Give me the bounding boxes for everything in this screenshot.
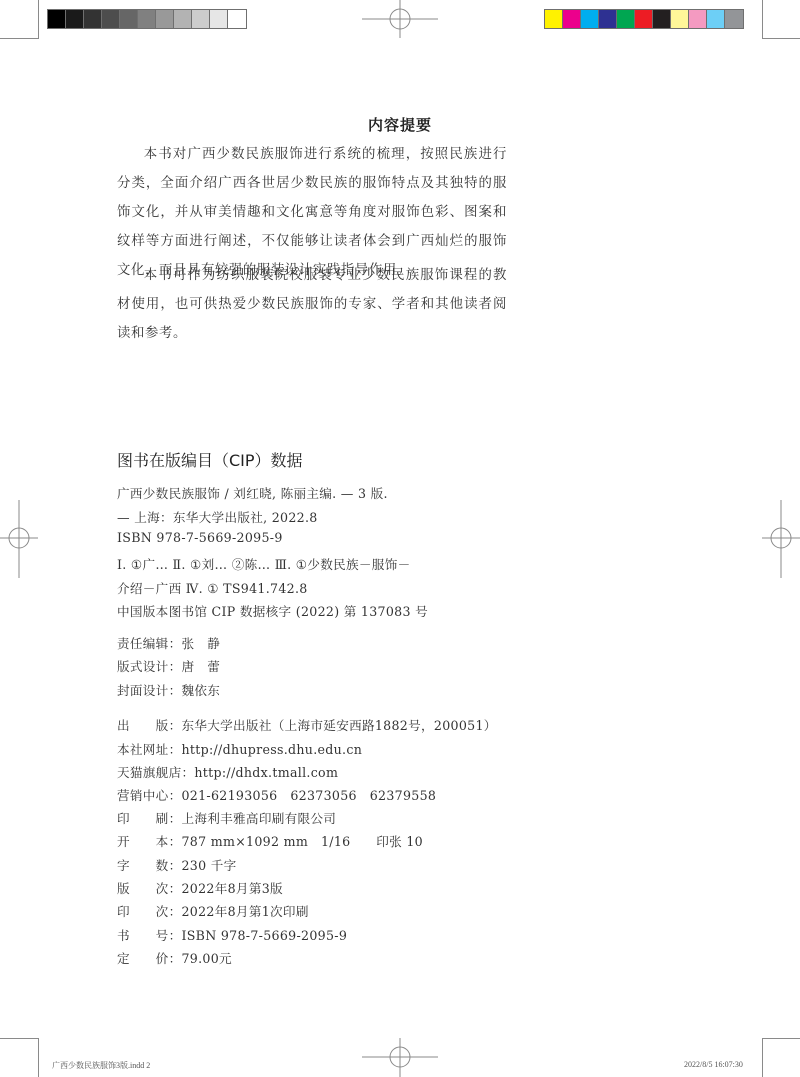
grayscale-swatch [66, 10, 84, 28]
grayscale-swatch [192, 10, 210, 28]
crop-mark-bottom-right [762, 1038, 800, 1077]
publication-row: 本社网址：http://dhupress.dhu.edu.cn [117, 739, 362, 758]
publication-label: 印 次： [117, 904, 181, 919]
publication-value: http://dhdx.tmall.com [194, 765, 338, 780]
process-color-swatch [653, 10, 671, 28]
grayscale-swatch [228, 10, 246, 28]
grayscale-swatch [48, 10, 66, 28]
publication-value: 230 千字 [181, 858, 236, 873]
process-color-swatch [581, 10, 599, 28]
publication-row: 定 价：79.00元 [117, 948, 232, 967]
credit-row: 封面设计：魏依东 [117, 680, 220, 699]
publication-row: 出 版：东华大学出版社（上海市延安西路1882号，200051） [117, 715, 497, 734]
credit-row: 版式设计：唐 蕾 [117, 656, 220, 675]
grayscale-swatch [138, 10, 156, 28]
process-color-swatch [545, 10, 563, 28]
grayscale-swatch [102, 10, 120, 28]
publication-value: 79.00元 [181, 951, 231, 966]
grayscale-swatch [174, 10, 192, 28]
process-color-swatch [563, 10, 581, 28]
cip-line: Ⅰ. ①广… Ⅱ. ①刘… ②陈… Ⅲ. ①少数民族－服饰－ [117, 554, 410, 573]
crop-mark-top-left [0, 0, 39, 39]
cip-line: — 上海：东华大学出版社, 2022.8 [117, 507, 318, 526]
registration-mark-top-icon [362, 0, 438, 40]
summary-paragraph-2: 本书可作为纺织服装院校服装专业少数民族服饰课程的教材使用，也可供热爱少数民族服饰… [117, 261, 507, 348]
registration-mark-left-icon [0, 500, 40, 578]
process-color-swatch [671, 10, 689, 28]
grayscale-swatch [120, 10, 138, 28]
credit-value: 唐 蕾 [181, 659, 220, 674]
publication-value: 021-62193056 62373056 62379558 [181, 788, 436, 803]
publication-label: 天猫旗舰店： [117, 765, 194, 780]
publication-row: 书 号：ISBN 978-7-5669-2095-9 [117, 925, 347, 944]
publication-value: 上海利丰雅高印刷有限公司 [181, 811, 336, 826]
crop-mark-bottom-left [0, 1038, 39, 1077]
publication-row: 开 本：787 mm×1092 mm 1/16 印张 10 [117, 831, 423, 850]
process-color-swatch [599, 10, 617, 28]
publication-value: 2022年8月第3版 [181, 881, 282, 896]
publication-value: 东华大学出版社（上海市延安西路1882号，200051） [181, 718, 496, 733]
publication-value: 2022年8月第1次印刷 [181, 904, 308, 919]
registration-mark-right-icon [760, 500, 800, 578]
publication-label: 字 数： [117, 858, 181, 873]
publication-label: 营销中心： [117, 788, 181, 803]
publication-label: 定 价： [117, 951, 181, 966]
grayscale-swatch [156, 10, 174, 28]
process-color-swatch [725, 10, 743, 28]
publication-value: 787 mm×1092 mm 1/16 印张 10 [181, 834, 423, 849]
process-color-swatch [707, 10, 725, 28]
registration-mark-bottom-icon [362, 1038, 438, 1077]
publication-label: 版 次： [117, 881, 181, 896]
process-color-bar [544, 9, 744, 29]
publication-label: 印 刷： [117, 811, 181, 826]
process-color-swatch [689, 10, 707, 28]
publication-label: 出 版： [117, 718, 181, 733]
credit-row: 责任编辑：张 静 [117, 633, 220, 652]
process-color-swatch [617, 10, 635, 28]
cip-line: 广西少数民族服饰 / 刘红晓, 陈丽主编. — 3 版. [117, 483, 388, 502]
credit-label: 封面设计： [117, 683, 181, 698]
cip-title: 图书在版编目（CIP）数据 [117, 448, 303, 471]
publication-row: 营销中心：021-62193056 62373056 62379558 [117, 785, 436, 804]
publication-label: 本社网址： [117, 742, 181, 757]
publication-row: 印 刷：上海利丰雅高印刷有限公司 [117, 808, 336, 827]
footer-timestamp: 2022/8/5 16:07:30 [684, 1060, 743, 1069]
grayscale-color-bar [47, 9, 247, 29]
summary-title: 内容提要 [0, 114, 800, 135]
publication-value: http://dhupress.dhu.edu.cn [181, 742, 362, 757]
publication-label: 开 本： [117, 834, 181, 849]
credit-label: 责任编辑： [117, 636, 181, 651]
cip-line: ISBN 978-7-5669-2095-9 [117, 530, 283, 545]
footer-filename: 广西少数民族服饰3版.indd 2 [52, 1060, 150, 1071]
credit-label: 版式设计： [117, 659, 181, 674]
publication-row: 字 数：230 千字 [117, 855, 237, 874]
publication-row: 天猫旗舰店：http://dhdx.tmall.com [117, 762, 338, 781]
process-color-swatch [635, 10, 653, 28]
publication-row: 版 次：2022年8月第3版 [117, 878, 283, 897]
credit-value: 张 静 [181, 636, 220, 651]
publication-row: 印 次：2022年8月第1次印刷 [117, 901, 309, 920]
credit-value: 魏依东 [181, 683, 220, 698]
crop-mark-top-right [762, 0, 800, 39]
publication-label: 书 号： [117, 928, 181, 943]
cip-line: 中国版本图书馆 CIP 数据核字 (2022) 第 137083 号 [117, 601, 428, 620]
grayscale-swatch [84, 10, 102, 28]
cip-line: 介绍－广西 Ⅳ. ① TS941.742.8 [117, 578, 308, 597]
publication-value: ISBN 978-7-5669-2095-9 [181, 928, 347, 943]
grayscale-swatch [210, 10, 228, 28]
